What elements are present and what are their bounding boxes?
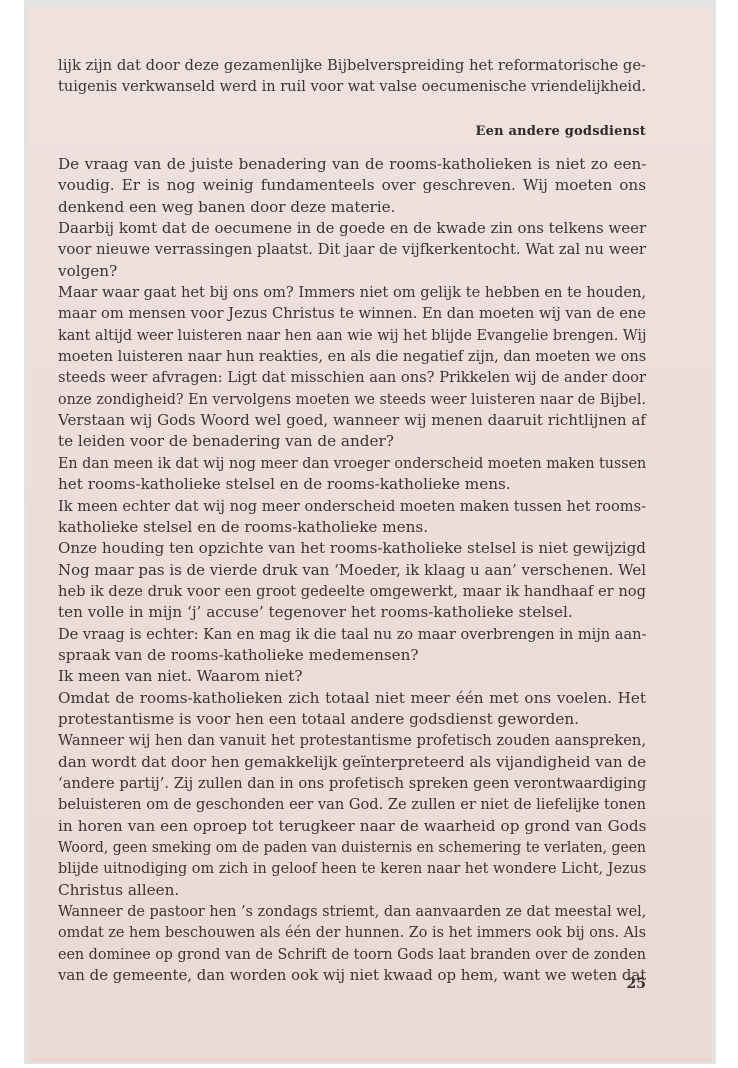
paragraph: Omdat de rooms-katholieken zich totaal n… xyxy=(58,688,646,731)
text-line: katholieke stelsel en de rooms-katholiek… xyxy=(58,517,646,538)
paragraph: Ik meen echter dat wij nog meer ondersch… xyxy=(58,496,646,539)
text-line: De vraag is echter: Kan en mag ik die ta… xyxy=(58,624,646,645)
text-line: van de gemeente, dan worden ook wij niet… xyxy=(58,965,646,986)
paragraph: De vraag is echter: Kan en mag ik die ta… xyxy=(58,624,646,667)
text-line: tuigenis verkwanseld werd in ruil voor w… xyxy=(58,76,646,97)
text-line: Onze houding ten opzichte van het rooms-… xyxy=(58,538,646,559)
intro-text: lijk zijn dat door deze gezamenlijke Bij… xyxy=(58,55,646,98)
text-line: te leiden voor de benadering van de ande… xyxy=(58,431,646,452)
text-line: volgen? xyxy=(58,261,646,282)
text-line: De vraag van de juiste benadering van de… xyxy=(58,154,646,175)
text-line: Maar waar gaat het bij ons om? Immers ni… xyxy=(58,282,646,303)
text-line: Nog maar pas is de vierde druk van ‘Moed… xyxy=(58,560,646,581)
text-line: En dan meen ik dat wij nog meer dan vroe… xyxy=(58,453,646,474)
text-line: blijde uitnodiging om zich in geloof hee… xyxy=(58,858,646,879)
text-line: Wanneer de pastoor hen ’s zondags striem… xyxy=(58,901,646,922)
paragraph: Ik meen van niet. Waarom niet? xyxy=(58,666,646,687)
text-line: Christus alleen. xyxy=(58,880,646,901)
text-line: kant altijd weer luisteren naar hen aan … xyxy=(58,325,646,346)
text-line: Daarbij komt dat de oecumene in de goede… xyxy=(58,218,646,239)
text-line: Ik meen van niet. Waarom niet? xyxy=(58,666,646,687)
text-line: omdat ze hem beschouwen als één der hunn… xyxy=(58,922,646,943)
paragraph: Wanneer wij hen dan vanuit het protestan… xyxy=(58,730,646,901)
text-line: ‘andere partij’. Zij zullen dan in ons p… xyxy=(58,773,646,794)
body-text: De vraag van de juiste benadering van de… xyxy=(58,154,646,986)
paragraph: Maar waar gaat het bij ons om? Immers ni… xyxy=(58,282,646,453)
text-line: voudig. Er is nog weinig fundamenteels o… xyxy=(58,175,646,196)
text-line: steeds weer afvragen: Ligt dat misschien… xyxy=(58,367,646,388)
text-line: voor nieuwe verrassingen plaatst. Dit ja… xyxy=(58,239,646,260)
text-line: Omdat de rooms-katholieken zich totaal n… xyxy=(58,688,646,709)
text-line: denkend een weg banen door deze materie. xyxy=(58,197,646,218)
text-line: een dominee op grond van de Schrift de t… xyxy=(58,944,646,965)
text-line: dan wordt dat door hen gemakkelijk geïnt… xyxy=(58,752,646,773)
text-line: Verstaan wij Gods Woord wel goed, wannee… xyxy=(58,410,646,431)
text-line: het rooms-katholieke stelsel en de rooms… xyxy=(58,474,646,495)
text-line: moeten luisteren naar hun reakties, en a… xyxy=(58,346,646,367)
text-line: protestantisme is voor hen een totaal an… xyxy=(58,709,646,730)
page-number: 25 xyxy=(627,976,646,992)
paragraph: Wanneer de pastoor hen ’s zondags striem… xyxy=(58,901,646,986)
text-line: beluisteren om de geschonden eer van God… xyxy=(58,794,646,815)
paragraph: En dan meen ik dat wij nog meer dan vroe… xyxy=(58,453,646,496)
paragraph: Daarbij komt dat de oecumene in de goede… xyxy=(58,218,646,282)
paragraph: Onze houding ten opzichte van het rooms-… xyxy=(58,538,646,623)
text-line: Wanneer wij hen dan vanuit het protestan… xyxy=(58,730,646,751)
text-line: Woord, geen smeking om de paden van duis… xyxy=(58,837,646,858)
text-line: heb ik deze druk voor een groot gedeelte… xyxy=(58,581,646,602)
text-line: in horen van een oproep tot terugkeer na… xyxy=(58,816,646,837)
text-line: spraak van de rooms-katholieke medemense… xyxy=(58,645,646,666)
text-line: lijk zijn dat door deze gezamenlijke Bij… xyxy=(58,55,646,76)
text-line: Ik meen echter dat wij nog meer ondersch… xyxy=(58,496,646,517)
paragraph: De vraag van de juiste benadering van de… xyxy=(58,154,646,218)
text-line: ten volle in mijn ‘j’ accuse’ tegenover … xyxy=(58,602,646,623)
section-heading: Een andere godsdienst xyxy=(476,124,646,139)
text-line: maar om mensen voor Jezus Christus te wi… xyxy=(58,303,646,324)
text-line: onze zondigheid? En vervolgens moeten we… xyxy=(58,389,646,410)
